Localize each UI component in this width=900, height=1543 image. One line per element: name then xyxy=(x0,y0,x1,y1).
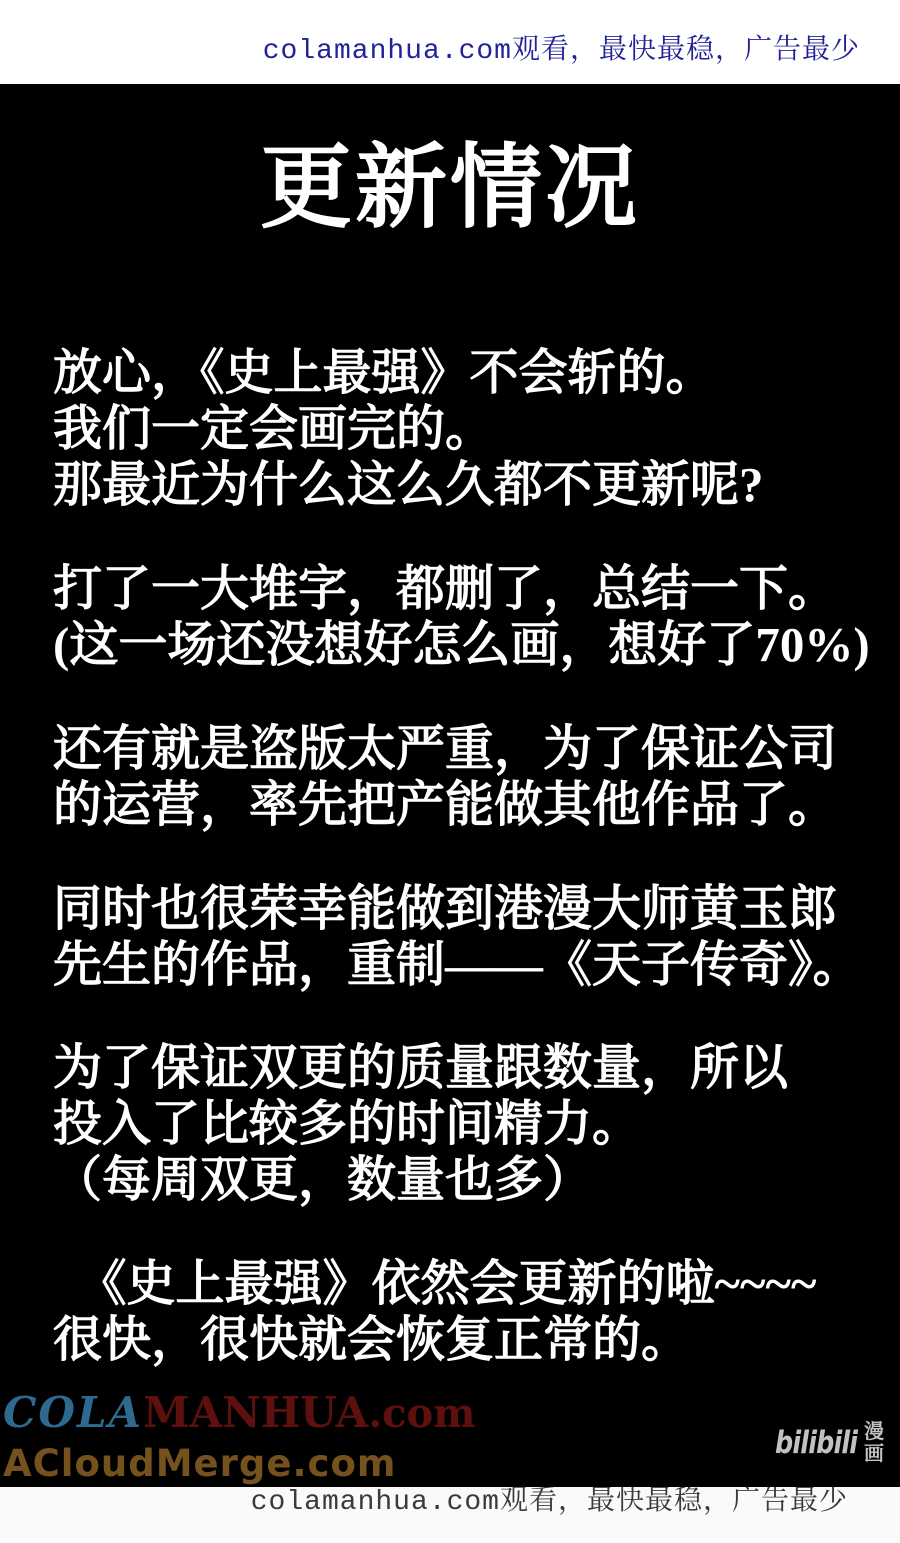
comic-canvas: 更新情况 放心，《史上最强》不会斩的。 我们一定会画完的。 那最近为什么这么久都… xyxy=(0,84,900,1487)
top-promo-banner: colamanhua.com观看，最快最稳，广告最少 xyxy=(0,0,900,84)
page-title: 更新情况 xyxy=(0,140,900,237)
announcement-paragraph-2: 打了一大堆字，都删了，总结一下。 (这一场还没想好怎么画，想好了70%) xyxy=(53,561,884,673)
announcement-paragraph-5: 为了保证双更的质量跟数量，所以 投入了比较多的时间精力。 （每周双更，数量也多） xyxy=(53,1040,884,1208)
watermark-acloudmerge: ACloudMerge.com xyxy=(3,1444,476,1484)
bottom-promo-banner: colamanhua.com观看，最快最稳，广告最少 xyxy=(0,1487,900,1543)
top-promo-text: colamanhua.com观看，最快最稳，广告最少 xyxy=(0,0,900,67)
watermark-com-text: .com xyxy=(368,1390,475,1437)
bottom-promo-text: colamanhua.com观看，最快最稳，广告最少 xyxy=(0,1487,900,1518)
bilibili-wordmark: bilibili xyxy=(775,1425,857,1461)
watermark-manhua-text: MANHUA xyxy=(143,1388,368,1437)
site-watermark: COLAMANHUA.com ACloudMerge.com xyxy=(3,1392,476,1484)
watermark-cola-text: COLA xyxy=(3,1388,143,1437)
manga-char-top: 漫 xyxy=(864,1421,884,1443)
announcement-paragraph-3: 还有就是盗版太严重，为了保证公司 的运营，率先把产能做其他作品了。 xyxy=(53,721,884,833)
announcement-paragraph-6: 《史上最强》依然会更新的啦~~~~ 很快，很快就会恢复正常的。 xyxy=(53,1256,884,1368)
bilibili-manga-label: 漫 画 xyxy=(864,1421,884,1465)
watermark-colamanhua: COLAMANHUA.com xyxy=(3,1392,476,1444)
bilibili-manga-logo: bilibili 漫 画 xyxy=(757,1421,884,1465)
announcement-paragraph-1: 放心，《史上最强》不会斩的。 我们一定会画完的。 那最近为什么这么久都不更新呢? xyxy=(53,345,884,513)
comic-announcement-page: colamanhua.com观看，最快最稳，广告最少 更新情况 放心，《史上最强… xyxy=(0,0,900,1543)
announcement-paragraph-4: 同时也很荣幸能做到港漫大师黄玉郎 先生的作品，重制——《天子传奇》。 xyxy=(53,881,884,993)
manga-char-bottom: 画 xyxy=(864,1443,884,1465)
